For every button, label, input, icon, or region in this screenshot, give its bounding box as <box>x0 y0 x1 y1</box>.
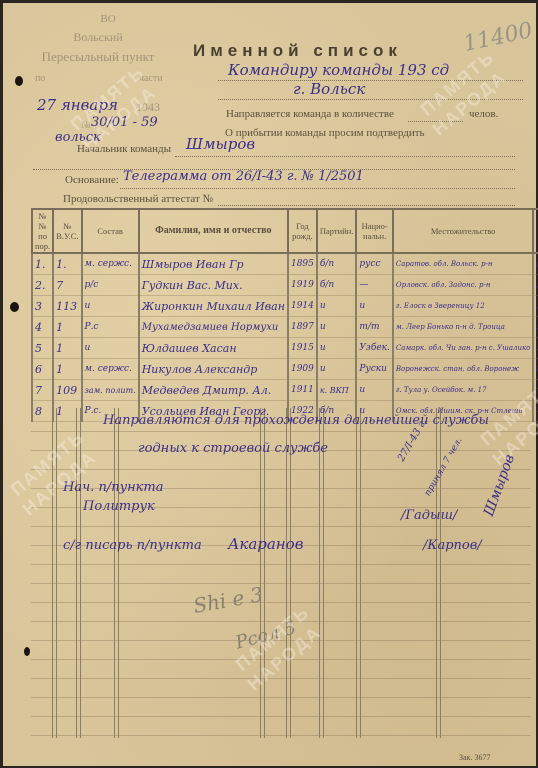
cell-nationality: Узбек. <box>356 338 392 359</box>
stamp-po: по <box>35 73 45 84</box>
basis-line <box>120 187 515 189</box>
cell-nationality: и <box>356 296 392 317</box>
cell-vus: 1 <box>53 401 81 422</box>
position-politruk: Политрук <box>83 499 155 514</box>
cell-party: и <box>317 296 357 317</box>
cell-address: Орловск. обл. Задонс. р-н <box>393 275 533 296</box>
cell-year: 1915 <box>288 338 317 359</box>
cell-nationality: — <box>356 275 392 296</box>
cell-note: г. и 1691 <box>533 317 538 338</box>
col-sostav: Состав <box>82 209 139 253</box>
cell-party: и <box>317 317 357 338</box>
name-gadysh: /Гадыш/ <box>401 508 457 523</box>
cell-name: Юлдашев Хасан <box>139 338 288 359</box>
cell-note: г. и 4802 <box>533 296 538 317</box>
position-clerk: с/г писарь п/пункта <box>63 538 202 553</box>
cell-party: и <box>317 338 357 359</box>
commander-line <box>175 155 515 157</box>
table-row: 3 113 и Жиронкин Михаил Иван 1914 и и г.… <box>32 296 538 317</box>
table-row: 1. 1. м. сержс. Шмыров Иван Гр 1895 б/п … <box>32 253 538 275</box>
col-party: Партийн. <box>317 209 357 253</box>
archive-number: 11400 <box>461 18 535 57</box>
position-chief: Нач. п/пункта <box>63 480 164 495</box>
cell-sostav: и <box>82 338 139 359</box>
table-row: 5 1 и Юлдашев Хасан 1915 и Узбек. Самарк… <box>32 338 538 359</box>
cell-nationality: русс <box>356 253 392 275</box>
cell-address: Воронежск. стан. обл. Воронеж <box>393 359 533 380</box>
note-line1: Направляются для прохождения дальнейшей … <box>103 413 489 428</box>
cell-note: г. и 1691 <box>533 338 538 359</box>
cell-name: Мухамедзамиев Нормухи <box>139 317 288 338</box>
cell-year: 1895 <box>288 253 317 275</box>
cell-sostav: Р.с <box>82 317 139 338</box>
cell-vus: 109 <box>53 380 81 401</box>
document-page: ВО Вольский Пересыльный пункт по части 2… <box>3 3 536 766</box>
cell-sostav: р/с <box>82 275 139 296</box>
name-karpov: /Карпов/ <box>423 538 482 553</box>
table-row: 7 109 зам. полит. Медведев Дмитр. Ал. 19… <box>32 380 538 401</box>
col-name: Фамилия, имя и отчество <box>139 209 288 253</box>
cell-vus: 1 <box>53 359 81 380</box>
basis-label: Основание: <box>65 174 119 186</box>
table-header: №№ по пор. № В.У.С. Состав Фамилия, имя … <box>32 209 538 253</box>
cell-num: 8 <box>32 401 53 422</box>
stamp-line1: ВО <box>63 13 153 25</box>
cell-nationality: т/т <box>356 317 392 338</box>
col-num: №№ по пор. <box>32 209 53 253</box>
stamp-line2: Вольский <box>43 30 153 45</box>
cell-year: 1914 <box>288 296 317 317</box>
punch-hole <box>24 647 30 656</box>
cell-sostav: м. сержс. <box>82 253 139 275</box>
cell-name: Гудкин Вас. Мих. <box>139 275 288 296</box>
cell-name: Медведев Дмитр. Ал. <box>139 380 288 401</box>
cell-num: 2. <box>32 275 53 296</box>
cell-vus: 1 <box>53 338 81 359</box>
cell-sostav: м. сержс. <box>82 359 139 380</box>
cell-nationality: Руски <box>356 359 392 380</box>
col-note: Примечание <box>533 209 538 253</box>
cell-vus: 7 <box>53 275 81 296</box>
cell-vus: 1. <box>53 253 81 275</box>
note-line2: годных к строевой службе <box>138 441 328 456</box>
cell-vus: 113 <box>53 296 81 317</box>
personnel-table: №№ по пор. № В.У.С. Состав Фамилия, имя … <box>31 208 538 422</box>
ration-line <box>218 204 515 206</box>
cell-num: 3 <box>32 296 53 317</box>
cell-party: б/п <box>317 275 357 296</box>
ration-label: Продовольственный аттестат № <box>63 193 213 205</box>
cell-address: г. Тула у. Осейбок. м. 17 <box>393 380 533 401</box>
cell-party: к. ВКП <box>317 380 357 401</box>
col-year: Год рожд. <box>288 209 317 253</box>
cell-name: Жиронкин Михаил Иван <box>139 296 288 317</box>
cell-name: Шмыров Иван Гр <box>139 253 288 275</box>
cell-nationality: и <box>356 380 392 401</box>
page-title: Именной список <box>193 41 402 61</box>
cell-party: и <box>317 359 357 380</box>
basis-value: Телеграмма от 26/I-43 г. № 1/2501 <box>123 169 364 184</box>
cell-num: 4 <box>32 317 53 338</box>
cell-vus: 1 <box>53 317 81 338</box>
col-nationality: Нацио-нальн. <box>356 209 392 253</box>
cell-num: 6 <box>32 359 53 380</box>
pencil-note1: Shi е 3 <box>191 582 264 618</box>
cell-sostav: зам. полит. <box>82 380 139 401</box>
col-address: Местожительство <box>393 209 533 253</box>
punch-hole <box>10 302 19 312</box>
cell-sostav: и <box>82 296 139 317</box>
cell-year: 1909 <box>288 359 317 380</box>
destination: Командиру команды 193 сд <box>228 61 449 79</box>
cell-num: 1. <box>32 253 53 275</box>
punch-hole <box>15 76 23 86</box>
table-row: 2. 7 р/с Гудкин Вас. Мих. 1919 б/п — Орл… <box>32 275 538 296</box>
cell-num: 5 <box>32 338 53 359</box>
cell-name: Никулов Александр <box>139 359 288 380</box>
commander-name: Шмыров <box>186 135 255 153</box>
cell-num: 7 <box>32 380 53 401</box>
cell-address: м. Леер Бонько п-н д. Троица <box>393 317 533 338</box>
stamp-line3: Пересыльный пункт <box>28 49 168 65</box>
cell-note: шихан сангипед. <box>533 253 538 275</box>
table-row: 6 1 м. сержс. Никулов Александр 1909 и Р… <box>32 359 538 380</box>
cell-note: г. 4802 г. <box>533 275 538 296</box>
signature-karpov: Акаранов <box>228 535 303 553</box>
cell-address: Саратов. обл. Вольск. р-н <box>393 253 533 275</box>
cell-year: 1897 <box>288 317 317 338</box>
order-number: Зак. 3677 <box>459 753 490 762</box>
cell-year: 1911 <box>288 380 317 401</box>
table-row: 4 1 Р.с Мухамедзамиев Нормухи 1897 и т/т… <box>32 317 538 338</box>
cell-address: г. Елоск в Звереницу 12 <box>393 296 533 317</box>
col-vus: № В.У.С. <box>53 209 81 253</box>
city: г. Вольск <box>293 80 365 98</box>
directed-label: Направляется команда в количестве <box>226 108 394 120</box>
cell-year: 1919 <box>288 275 317 296</box>
cell-address: Самарк. обл. Чи зан. р-н с. Ушалико <box>393 338 533 359</box>
cell-party: б/п <box>317 253 357 275</box>
cell-note: и 1684 <box>533 359 538 380</box>
